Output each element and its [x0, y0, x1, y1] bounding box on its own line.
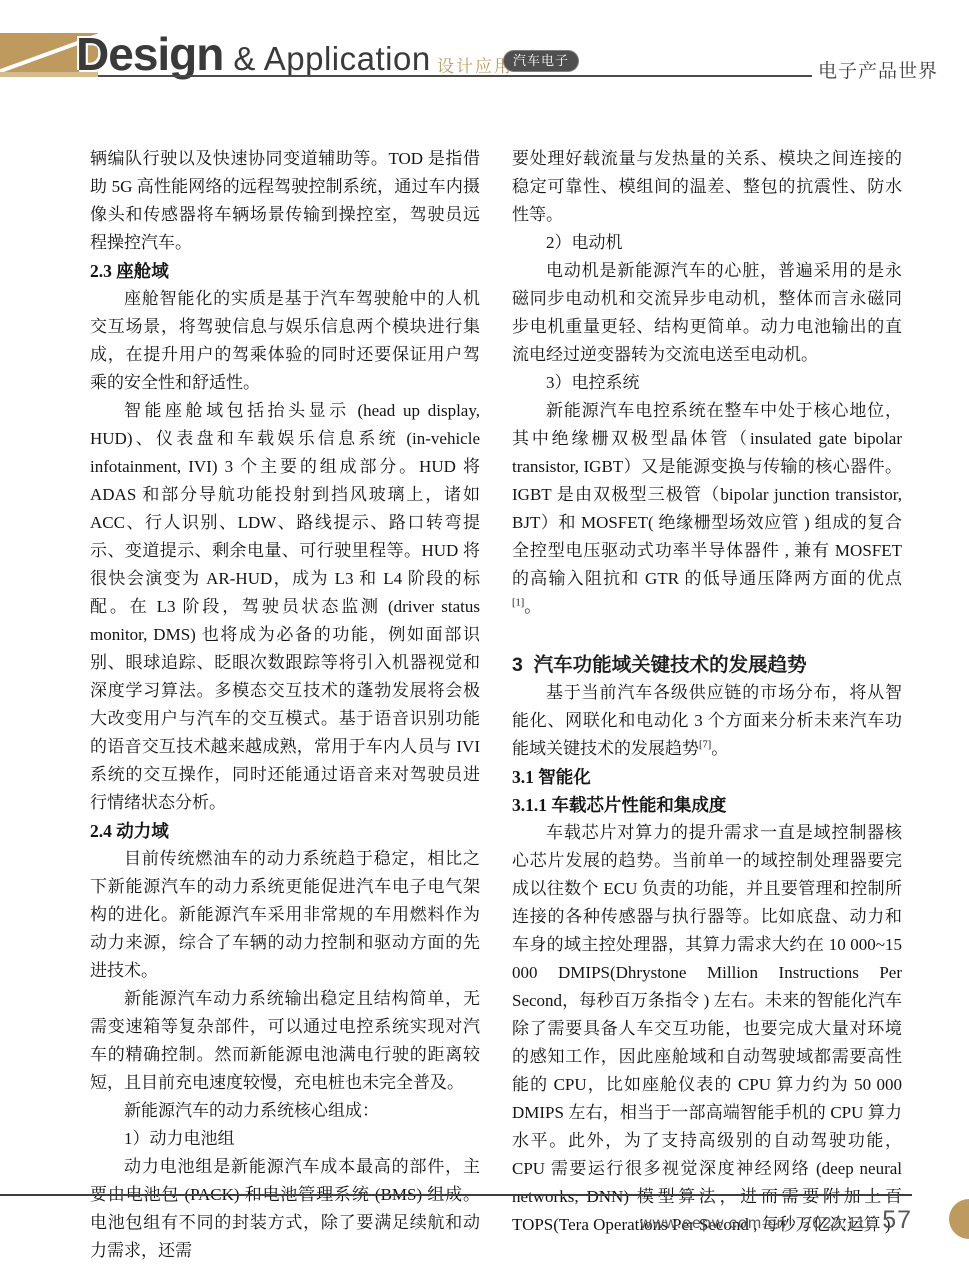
list-item-battery-pack: 1）动力电池组	[90, 1125, 480, 1153]
paragraph-power-core: 新能源汽车的动力系统核心组成：	[90, 1097, 480, 1125]
footer-meta: www.eepw.com.cn 2022.11 57	[640, 1206, 912, 1235]
paragraph-power-intro: 目前传统燃油车的动力系统趋于稳定，相比之下新能源汽车的动力系统更能促进汽车电子电…	[90, 845, 480, 985]
footer-website: www.eepw.com.cn	[640, 1215, 787, 1233]
footer-page-number: 57	[882, 1206, 912, 1235]
topic-badge: 汽车电子	[503, 50, 579, 72]
right-column: 要处理好载流量与发热量的关系、模块之间连接的稳定可靠性、模组间的温差、整包的抗震…	[512, 145, 902, 1265]
category-label: 设计应用	[437, 52, 513, 77]
wordmark-initial: D	[76, 27, 108, 81]
list-item-control-system: 3）电控系统	[512, 369, 902, 397]
citation-ref: [1]	[512, 597, 524, 608]
heading-2-4-power-domain: 2.4 动力域	[90, 817, 480, 845]
paragraph-power-output: 新能源汽车动力系统输出稳定且结构简单，无需变速箱等复杂部件，可以通过电控系统实现…	[90, 985, 480, 1097]
paragraph-cockpit-detail: 智能座舱域包括抬头显示 (head up display, HUD)、仪表盘和车…	[90, 397, 480, 817]
paragraph-cockpit-intro: 座舱智能化的实质是基于汽车驾驶舱中的人机交互场景，将驾驶信息与娱乐信息两个模块进…	[90, 285, 480, 397]
left-column: 辆编队行驶以及快速协同变道辅助等。TOD 是指借助 5G 高性能网络的远程驾驶控…	[90, 145, 480, 1265]
citation-ref: [7]	[699, 739, 711, 750]
article-body: 辆编队行驶以及快速协同变道辅助等。TOD 是指借助 5G 高性能网络的远程驾驶控…	[90, 145, 902, 1265]
wordmark-rest: esign	[108, 27, 223, 81]
paragraph-pack-requirements: 要处理好载流量与发热量的关系、模块之间连接的稳定可靠性、模组间的温差、整包的抗震…	[512, 145, 902, 229]
magazine-page: Design & Application 设计应用 汽车电子 电子产品世界 辆编…	[0, 0, 969, 1276]
footer-rule	[0, 1194, 912, 1196]
wordmark-design-application: Design & Application	[76, 27, 431, 81]
wordmark-suffix: & Application	[233, 40, 430, 78]
paragraph-trends-intro: 基于当前汽车各级供应链的市场分布，将从智能化、网联化和电动化 3 个方面来分析未…	[512, 679, 902, 763]
paragraph-motor: 电动机是新能源汽车的心脏，普遍采用的是永磁同步电动机和交流异步电动机，整体而言永…	[512, 257, 902, 369]
heading-2-3-cockpit-domain: 2.3 座舱域	[90, 257, 480, 285]
footer-issue: 2022.11	[803, 1215, 867, 1233]
heading-3-1-1-chip-performance: 3.1.1 车载芯片性能和集成度	[512, 791, 902, 819]
paragraph-battery-pack: 动力电池组是新能源汽车成本最高的部件，主要由电池包 (PACK) 和电池管理系统…	[90, 1153, 480, 1265]
page-corner-dot	[949, 1199, 969, 1239]
heading-3-1-intelligence: 3.1 智能化	[512, 763, 902, 791]
header-rule	[98, 75, 812, 77]
list-item-motor: 2）电动机	[512, 229, 902, 257]
brand-name: 电子产品世界	[818, 56, 938, 83]
paragraph-tod: 辆编队行驶以及快速协同变道辅助等。TOD 是指借助 5G 高性能网络的远程驾驶控…	[90, 145, 480, 257]
paragraph-control-system: 新能源汽车电控系统在整车中处于核心地位，其中绝缘栅双极型晶体管（insulate…	[512, 397, 902, 621]
paragraph-chip-performance: 车载芯片对算力的提升需求一直是域控制器核心芯片发展的趋势。当前单一的域控制处理器…	[512, 819, 902, 1239]
heading-3-development-trends: 3 汽车功能域关键技术的发展趋势	[512, 651, 902, 679]
